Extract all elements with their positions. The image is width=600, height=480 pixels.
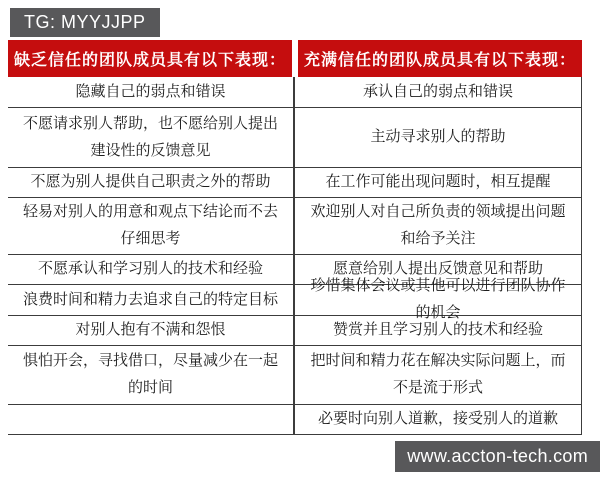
header-full-of-trust: 充满信任的团队成员具有以下表现： [298, 40, 582, 77]
header-lack-of-trust: 缺乏信任的团队成员具有以下表现： [8, 40, 292, 77]
table-cell-empty [8, 405, 295, 435]
table-cell: 必要时向别人道歉，接受别人的道歉 [295, 405, 582, 435]
table-cell: 不愿承认和学习别人的技术和经验 [8, 255, 295, 285]
table-cell: 不愿请求别人帮助，也不愿给别人提出建设性的反馈意见 [8, 108, 295, 168]
website-url: www.accton-tech.com [407, 446, 588, 467]
tag-badge: TG: MYYJJPP [10, 8, 160, 37]
table-cell: 轻易对别人的用意和观点下结论而不去仔细思考 [8, 198, 295, 255]
table-cell: 承认自己的弱点和错误 [295, 77, 582, 108]
table-body: 隐藏自己的弱点和错误 承认自己的弱点和错误 不愿请求别人帮助，也不愿给别人提出建… [8, 77, 582, 435]
tag-badge-label: TG: MYYJJPP [24, 12, 146, 33]
table-cell: 欢迎别人对自己所负责的领域提出问题和给予关注 [295, 198, 582, 255]
table-cell: 不愿为别人提供自己职责之外的帮助 [8, 168, 295, 198]
table-cell: 对别人抱有不满和怨恨 [8, 316, 295, 346]
table-header-row: 缺乏信任的团队成员具有以下表现： 充满信任的团队成员具有以下表现： [8, 40, 582, 77]
table-cell: 在工作可能出现问题时，相互提醒 [295, 168, 582, 198]
table-cell: 隐藏自己的弱点和错误 [8, 77, 295, 108]
table-cell: 把时间和精力花在解决实际问题上，而不是流于形式 [295, 346, 582, 405]
table-cell: 主动寻求别人的帮助 [295, 108, 582, 168]
table-cell: 浪费时间和精力去追求自己的特定目标 [8, 285, 295, 316]
website-url-bar: www.accton-tech.com [395, 441, 600, 472]
table-cell: 惧怕开会，寻找借口，尽量减少在一起的时间 [8, 346, 295, 405]
trust-comparison-table: 缺乏信任的团队成员具有以下表现： 充满信任的团队成员具有以下表现： 隐藏自己的弱… [8, 40, 582, 435]
table-cell: 珍惜集体会议或其他可以进行团队协作的机会 [295, 285, 582, 316]
table-cell: 赞赏并且学习别人的技术和经验 [295, 316, 582, 346]
